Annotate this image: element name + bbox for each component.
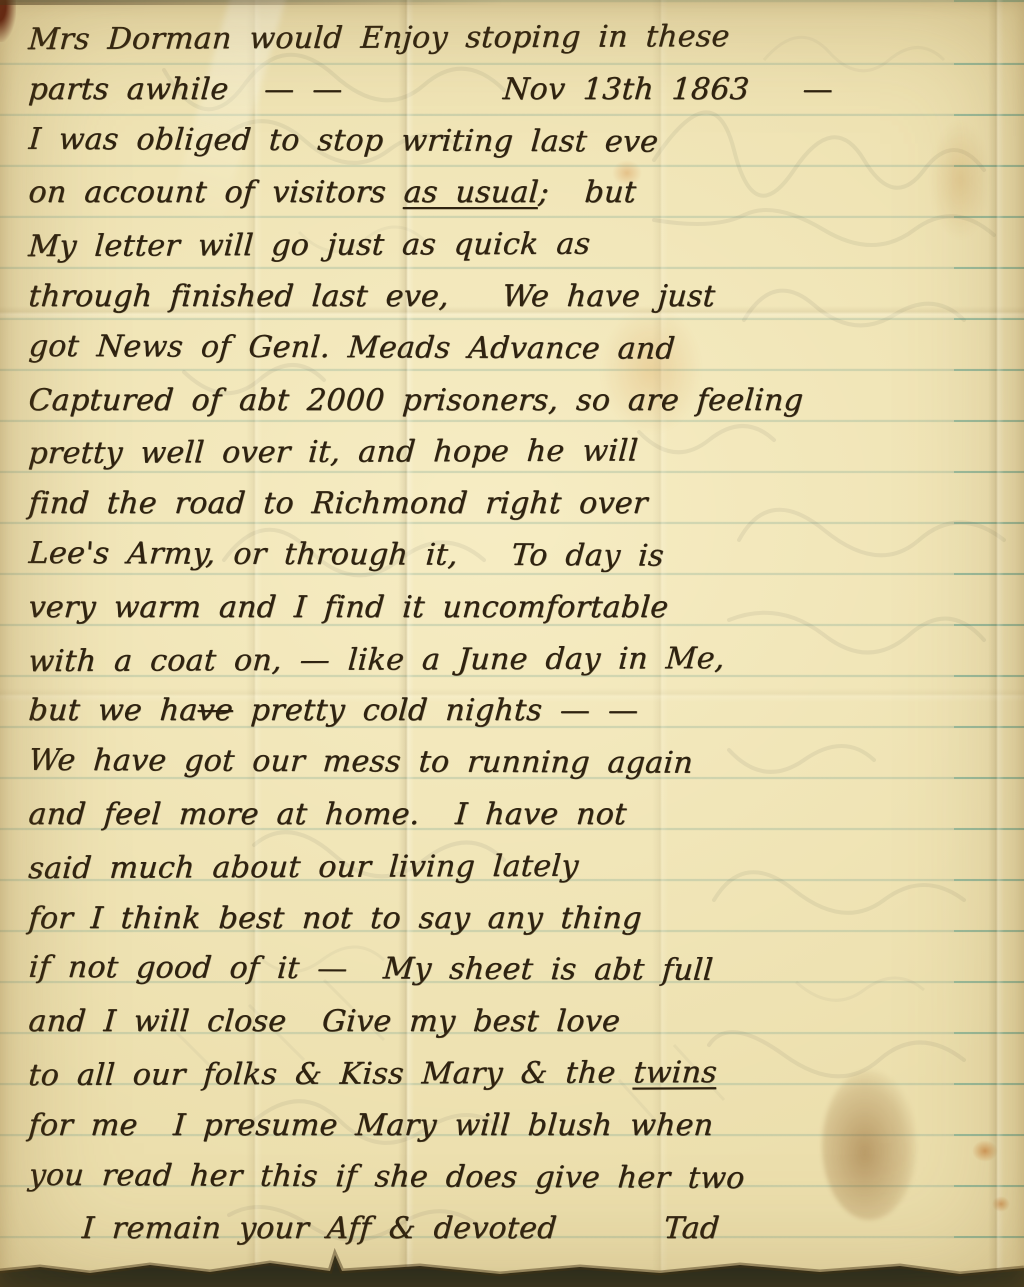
scanned-letter-page: Mrs Dorman would Enjoy stoping in thesep… [0,0,1024,1287]
scan-vignette [0,0,1024,1287]
